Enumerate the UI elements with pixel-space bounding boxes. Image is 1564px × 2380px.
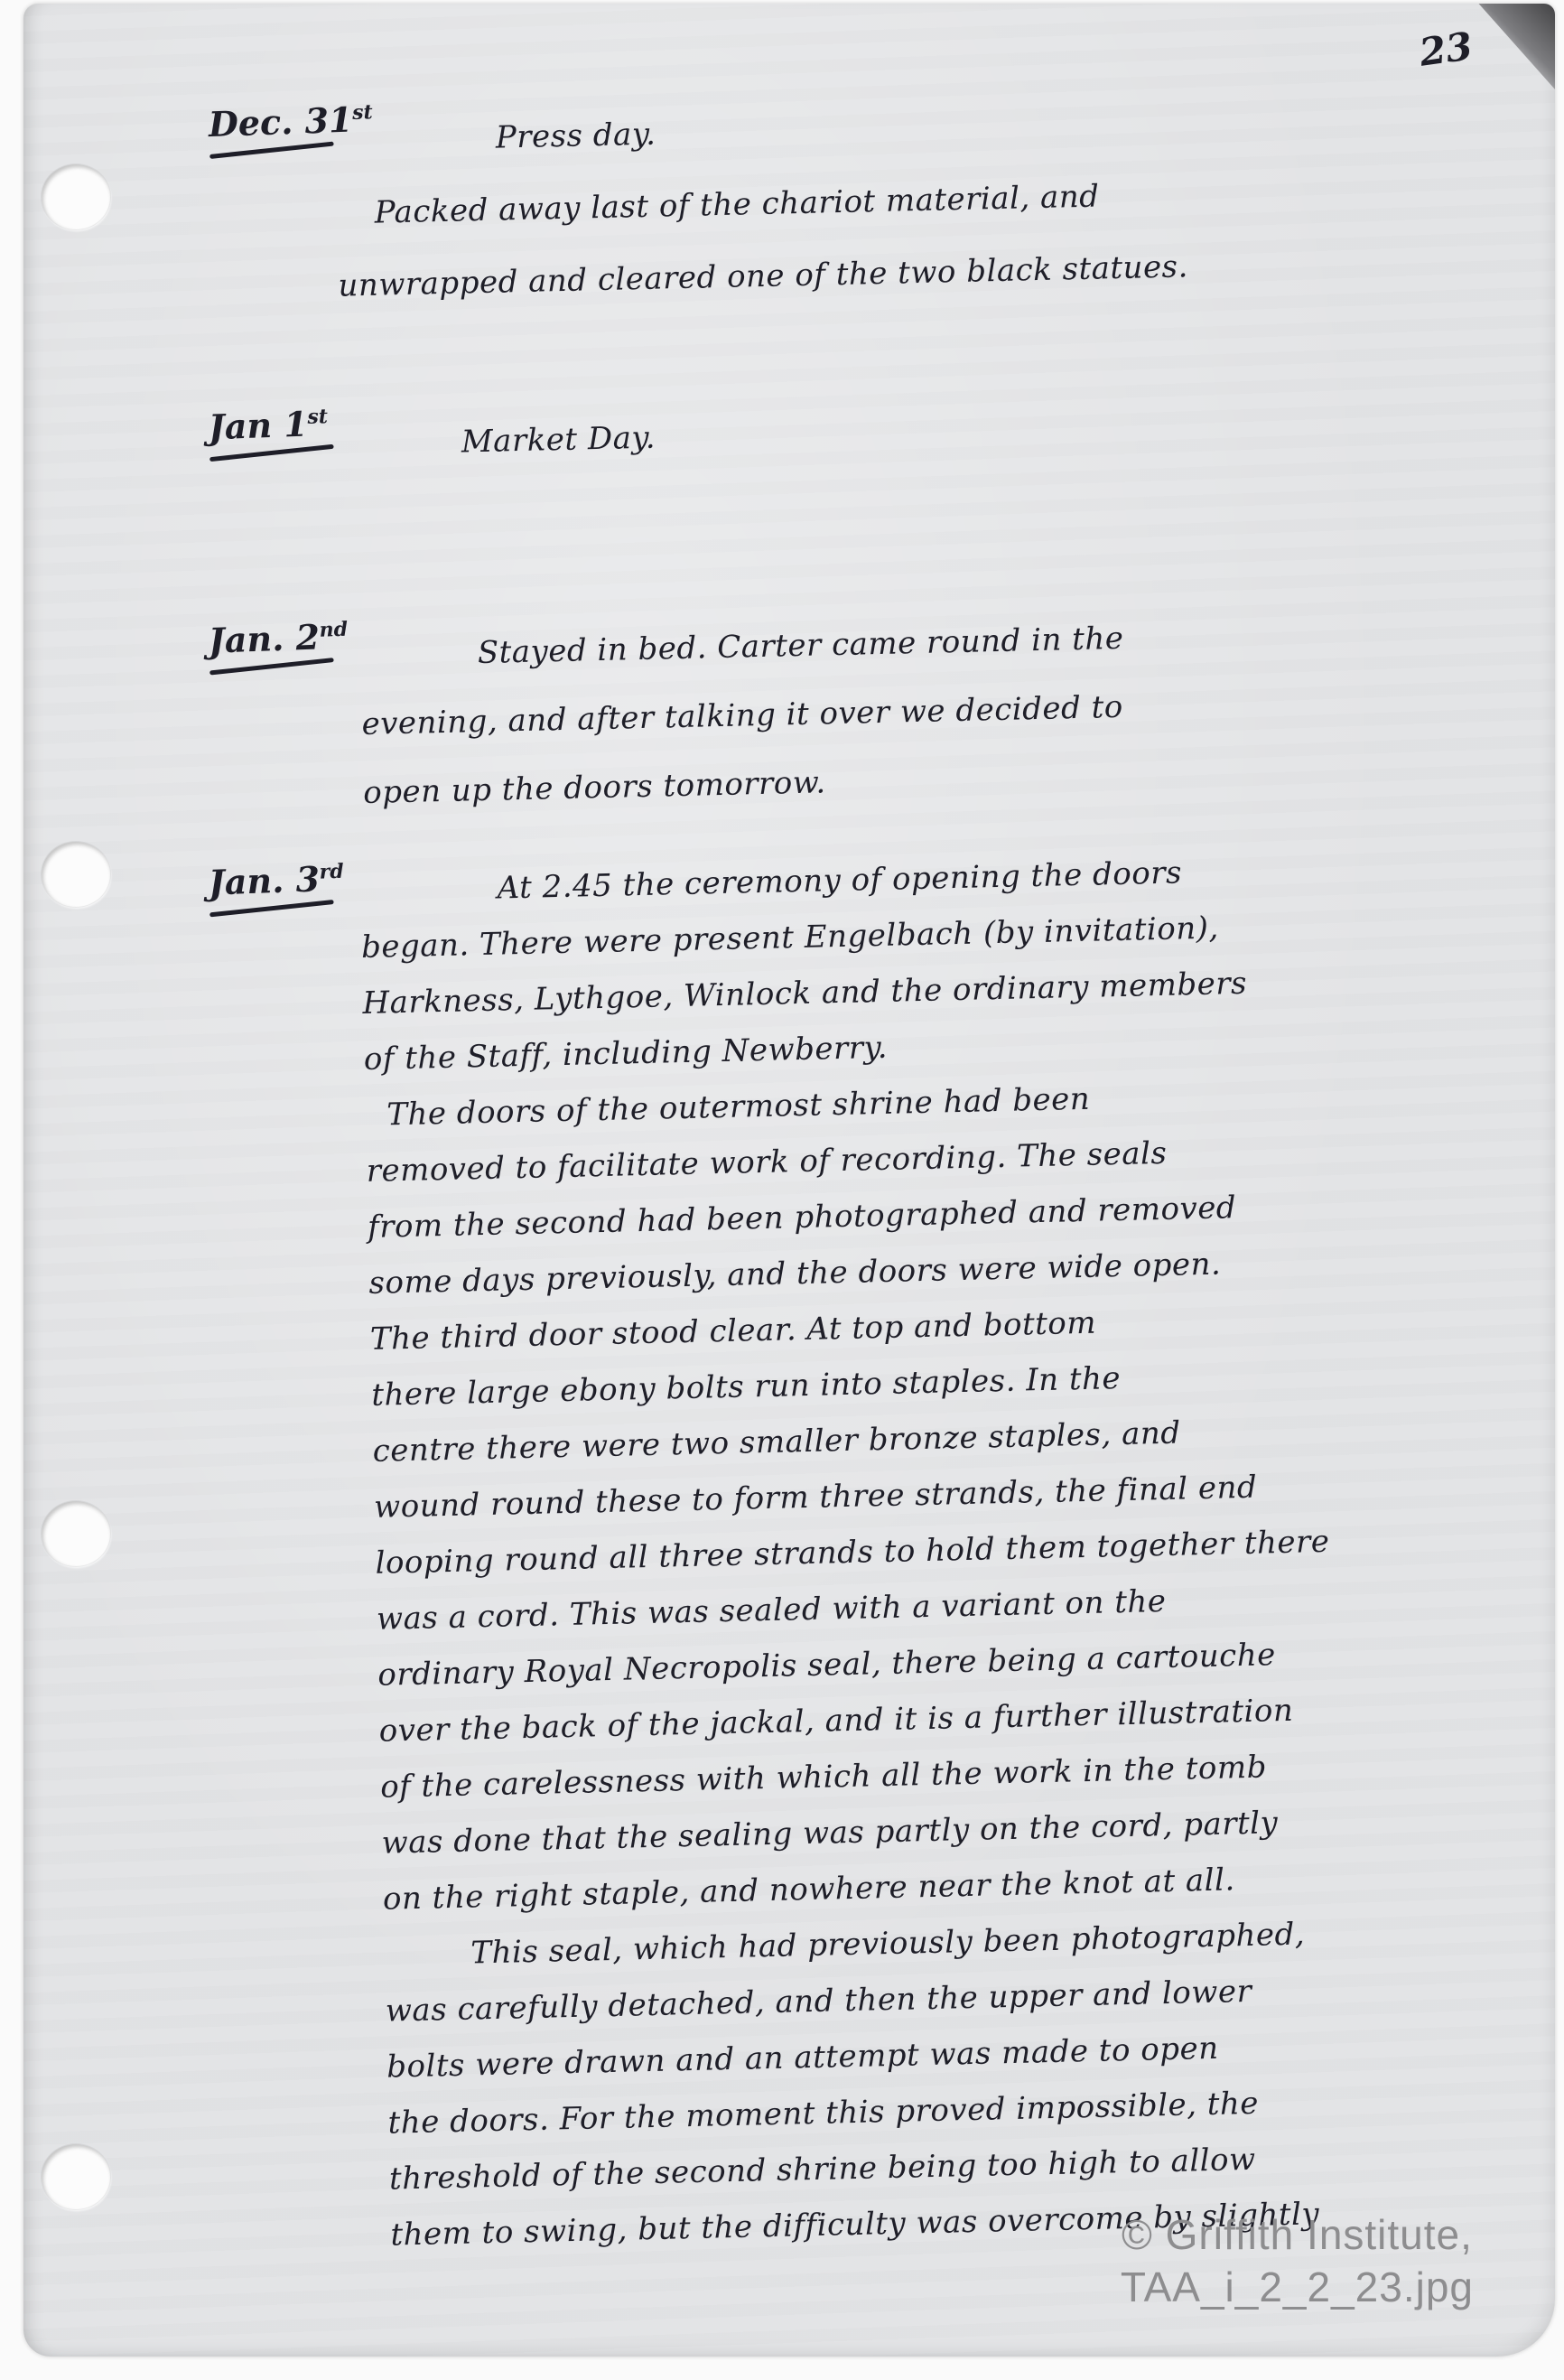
entry-date-main: Jan 1 <box>208 404 308 448</box>
watermark-line-1: © Griffith Institute, <box>1121 2208 1474 2261</box>
page-number: 23 <box>1416 23 1475 75</box>
diary-entry: Jan 1stMarket Day. <box>23 408 1555 481</box>
entry-date: Jan 1st <box>208 403 334 458</box>
entry-date-main: Jan. 3 <box>208 858 321 902</box>
entry-date-main: Jan. 2 <box>208 616 321 660</box>
entry-lines: Market Day. <box>359 383 1493 481</box>
entry-lines: At 2.45 the ceremony of opening the door… <box>359 838 1523 2263</box>
entry-date-suffix: st <box>307 405 328 429</box>
entry-date-suffix: rd <box>319 860 344 884</box>
copyright-watermark: © Griffith Institute, TAA_i_2_2_23.jpg <box>1121 2208 1474 2313</box>
diary-entry: Dec. 31stPress day.Packed away last of t… <box>23 105 1555 322</box>
entry-date: Jan. 2nd <box>208 615 349 670</box>
handwriting-line: Market Day. <box>461 383 1494 479</box>
diary-entry: Jan. 2ndStayed in bed. Carter came round… <box>23 621 1555 827</box>
entry-date-suffix: nd <box>319 618 348 642</box>
entry-lines: Stayed in bed. Carter came round in thee… <box>359 596 1496 827</box>
diary-entry: Jan. 3rdAt 2.45 the ceremony of opening … <box>23 863 1555 2263</box>
entry-lines: Press day.Packed away last of the chario… <box>359 79 1496 322</box>
watermark-line-2: TAA_i_2_2_23.jpg <box>1121 2261 1474 2313</box>
entry-date-main: Dec. 31 <box>208 99 353 145</box>
diary-page: 23 Dec. 31stPress day.Packed away last o… <box>23 4 1555 2357</box>
entry-date: Dec. 31st <box>208 98 374 154</box>
entry-date: Jan. 3rd <box>208 857 345 912</box>
